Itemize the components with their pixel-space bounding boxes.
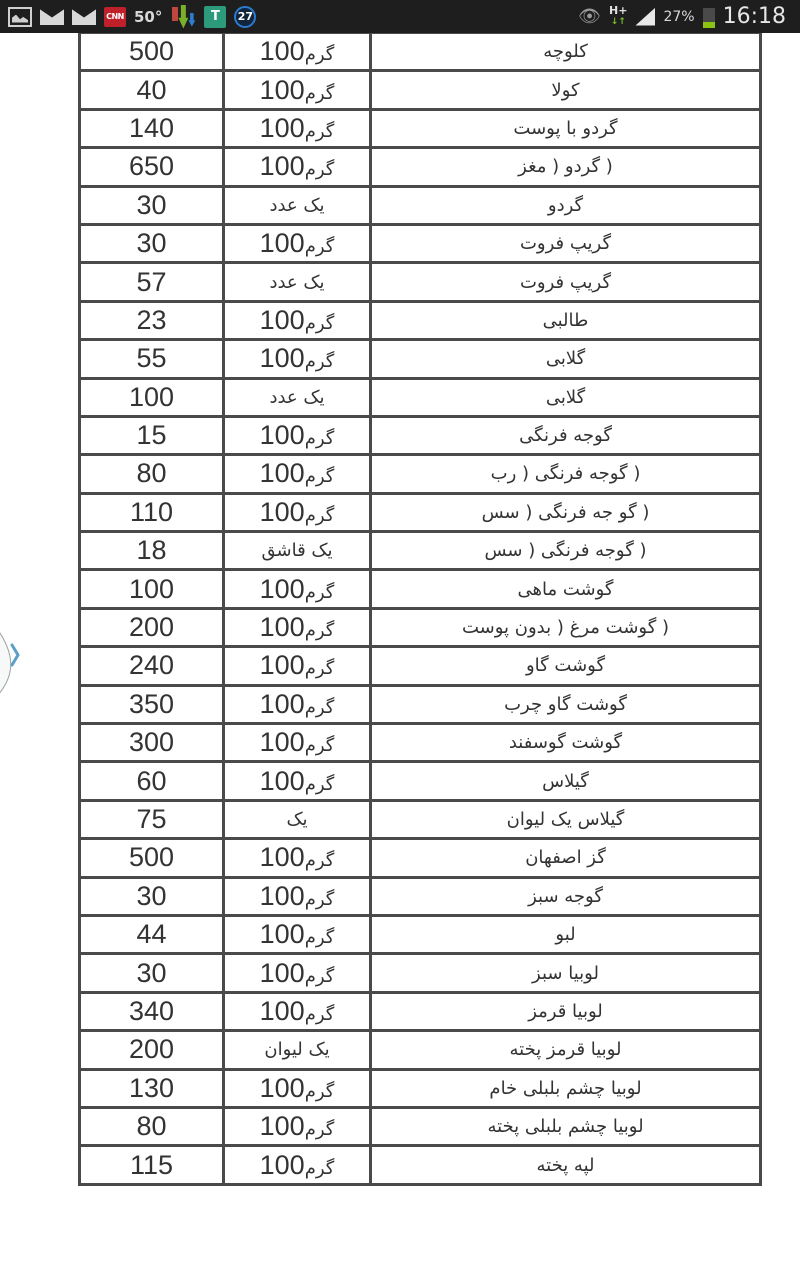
unit-cell: یک لیوان (224, 1031, 371, 1069)
unit-label: گرم (305, 1158, 335, 1179)
unit-label: یک (286, 809, 307, 830)
unit-amount: 100 (260, 305, 305, 335)
table-row: 650گرم100( گردو ( مغز (80, 148, 761, 186)
calories-cell: 200 (80, 1031, 224, 1069)
food-name-cell: گز اصفهان (371, 839, 761, 877)
calories-cell: 500 (80, 33, 224, 71)
unit-amount: 100 (260, 612, 305, 642)
unit-label: گرم (305, 966, 335, 987)
food-name-cell: گلابی (371, 340, 761, 378)
food-name-cell: لوبیا قرمز پخته (371, 1031, 761, 1069)
unit-label: گرم (305, 121, 335, 142)
gallery-icon (8, 7, 32, 27)
unit-amount: 100 (260, 151, 305, 181)
table-row: 30یک عددگردو (80, 186, 761, 224)
food-name-cell: گوشت گاو (371, 647, 761, 685)
unit-cell: گرم100 (224, 455, 371, 493)
calories-cell: 340 (80, 992, 224, 1030)
unit-label: گرم (305, 313, 335, 334)
notification-icons: CNN 50° T 27 (0, 5, 256, 29)
calories-cell: 110 (80, 493, 224, 531)
food-name-cell: گوجه فرنگی (371, 416, 761, 454)
network-type-label: H+ (609, 4, 627, 17)
calories-cell: 23 (80, 301, 224, 339)
unit-label: گرم (305, 1119, 335, 1140)
unit-label: یک عدد (269, 272, 324, 293)
table-row: 30گرم100لوبیا سبز (80, 954, 761, 992)
calorie-table: 500گرم100کلوچه40گرم100کولا140گرم100گردو … (78, 31, 762, 1186)
unit-cell: گرم100 (224, 992, 371, 1030)
calories-cell: 100 (80, 378, 224, 416)
calories-cell: 140 (80, 109, 224, 147)
unit-cell: گرم100 (224, 608, 371, 646)
unit-label: گرم (305, 428, 335, 449)
calories-cell: 30 (80, 954, 224, 992)
battery-percent: 27% (663, 9, 694, 25)
table-row: 340گرم100لوبیا قرمز (80, 992, 761, 1030)
unit-amount: 100 (260, 958, 305, 988)
unit-label: یک عدد (269, 387, 324, 408)
unit-label: گرم (305, 466, 335, 487)
food-name-cell: لوبیا چشم بلبلی خام (371, 1069, 761, 1107)
unit-amount: 100 (260, 766, 305, 796)
unit-label: گرم (305, 505, 335, 526)
unit-cell: گرم100 (224, 109, 371, 147)
unit-label: گرم (305, 582, 335, 603)
unit-label: یک عدد (269, 195, 324, 216)
table-row: 130گرم100لوبیا چشم بلبلی خام (80, 1069, 761, 1107)
unit-label: گرم (305, 927, 335, 948)
unit-cell: گرم100 (224, 33, 371, 71)
table-row: 18یک قاشق( گوجه فرنگی ( سس (80, 532, 761, 570)
unit-label: گرم (305, 159, 335, 180)
calories-cell: 44 (80, 915, 224, 953)
calories-cell: 350 (80, 685, 224, 723)
food-name-cell: ( گوجه فرنگی ( سس (371, 532, 761, 570)
unit-cell: گرم100 (224, 148, 371, 186)
table-row: 40گرم100کولا (80, 71, 761, 109)
unit-label: یک لیوان (264, 1039, 329, 1060)
network-type-icon: H+ ↓↑ (609, 6, 627, 27)
unit-label: گرم (305, 850, 335, 871)
table-row: 115گرم100لپه پخته (80, 1146, 761, 1184)
calories-cell: 60 (80, 762, 224, 800)
system-icons: 👁 H+ ↓↑ 27% 16:18 (578, 4, 800, 29)
unit-label: گرم (305, 735, 335, 756)
unit-amount: 100 (260, 343, 305, 373)
food-name-cell: ( گو جه فرنگی ( سس (371, 493, 761, 531)
food-name-cell: طالبی (371, 301, 761, 339)
calories-cell: 80 (80, 455, 224, 493)
food-name-cell: گوشت ماهی (371, 570, 761, 608)
mail-icon (40, 9, 64, 25)
table-row: 240گرم100گوشت گاو (80, 647, 761, 685)
unit-cell: گرم100 (224, 839, 371, 877)
table-row: 200گرم100( گوشت مرغ ( بدون پوست (80, 608, 761, 646)
side-handle-shape (0, 575, 32, 735)
cnn-icon: CNN (104, 7, 126, 27)
unit-cell: یک (224, 800, 371, 838)
food-name-cell: کولا (371, 71, 761, 109)
unit-label: گرم (305, 1004, 335, 1025)
food-name-cell: گریپ فروت (371, 263, 761, 301)
unit-cell: گرم100 (224, 915, 371, 953)
food-name-cell: گوشت گاو چرب (371, 685, 761, 723)
side-panel-handle[interactable] (0, 575, 32, 735)
table-row: 80گرم100لوبیا چشم بلبلی پخته (80, 1107, 761, 1145)
chevron-right-icon (12, 645, 18, 665)
table-row: 80گرم100( گوجه فرنگی ( رب (80, 455, 761, 493)
calories-cell: 500 (80, 839, 224, 877)
calories-cell: 57 (80, 263, 224, 301)
unit-label: گرم (305, 697, 335, 718)
unit-cell: گرم100 (224, 877, 371, 915)
food-name-cell: ( گردو ( مغز (371, 148, 761, 186)
calories-cell: 130 (80, 1069, 224, 1107)
mail-icon (72, 9, 96, 25)
food-name-cell: لپه پخته (371, 1146, 761, 1184)
shield-app-icon: T (204, 6, 226, 28)
food-name-cell: گوشت گوسفند (371, 724, 761, 762)
table-row: 350گرم100گوشت گاو چرب (80, 685, 761, 723)
unit-cell: گرم100 (224, 224, 371, 262)
calories-cell: 650 (80, 148, 224, 186)
food-name-cell: لوبیا چشم بلبلی پخته (371, 1107, 761, 1145)
calories-cell: 115 (80, 1146, 224, 1184)
unit-amount: 100 (260, 881, 305, 911)
unit-amount: 100 (260, 75, 305, 105)
unit-cell: گرم100 (224, 647, 371, 685)
calories-cell: 30 (80, 877, 224, 915)
unit-cell: گرم100 (224, 1146, 371, 1184)
unit-cell: گرم100 (224, 954, 371, 992)
food-name-cell: لوبیا سبز (371, 954, 761, 992)
unit-cell: یک عدد (224, 186, 371, 224)
table-row: 55گرم100گلابی (80, 340, 761, 378)
unit-amount: 100 (260, 1111, 305, 1141)
table-row: 140گرم100گردو با پوست (80, 109, 761, 147)
table-row: 44گرم100لبو (80, 915, 761, 953)
table-row: 30گرم100گوجه سبز (80, 877, 761, 915)
unit-amount: 100 (260, 996, 305, 1026)
unit-amount: 100 (260, 113, 305, 143)
notification-count-icon: 27 (234, 6, 256, 28)
unit-amount: 100 (260, 36, 305, 66)
table-row: 75یکگیلاس یک لیوان (80, 800, 761, 838)
table-row: 100گرم100گوشت ماهی (80, 570, 761, 608)
status-bar: CNN 50° T 27 👁 H+ ↓↑ 27% 16:18 (0, 0, 800, 33)
table-row: 110گرم100( گو جه فرنگی ( سس (80, 493, 761, 531)
food-name-cell: لوبیا قرمز (371, 992, 761, 1030)
signal-icon (635, 8, 655, 26)
unit-cell: گرم100 (224, 685, 371, 723)
unit-cell: گرم100 (224, 416, 371, 454)
unit-label: گرم (305, 774, 335, 795)
unit-cell: گرم100 (224, 570, 371, 608)
calories-cell: 80 (80, 1107, 224, 1145)
download-icon (170, 5, 196, 29)
food-name-cell: کلوچه (371, 33, 761, 71)
unit-label: گرم (305, 1081, 335, 1102)
table-row: 57یک عددگریپ فروت (80, 263, 761, 301)
table-row: 200یک لیوانلوبیا قرمز پخته (80, 1031, 761, 1069)
calories-cell: 75 (80, 800, 224, 838)
table-row: 500گرم100کلوچه (80, 33, 761, 71)
unit-label: گرم (305, 620, 335, 641)
unit-amount: 100 (260, 497, 305, 527)
calories-cell: 40 (80, 71, 224, 109)
table-row: 30گرم100گریپ فروت (80, 224, 761, 262)
unit-amount: 100 (260, 689, 305, 719)
unit-cell: گرم100 (224, 301, 371, 339)
unit-amount: 100 (260, 420, 305, 450)
unit-cell: گرم100 (224, 340, 371, 378)
unit-amount: 100 (260, 727, 305, 757)
table-row: 23گرم100طالبی (80, 301, 761, 339)
unit-cell: یک قاشق (224, 532, 371, 570)
unit-amount: 100 (260, 228, 305, 258)
unit-cell: گرم100 (224, 1107, 371, 1145)
unit-label: گرم (305, 351, 335, 372)
calorie-table-container: 500گرم100کلوچه40گرم100کولا140گرم100گردو … (78, 31, 762, 1186)
calories-cell: 30 (80, 224, 224, 262)
calories-cell: 18 (80, 532, 224, 570)
unit-amount: 100 (260, 574, 305, 604)
table-row: 300گرم100گوشت گوسفند (80, 724, 761, 762)
calories-cell: 300 (80, 724, 224, 762)
weather-temperature: 50° (134, 8, 162, 26)
unit-cell: گرم100 (224, 493, 371, 531)
unit-cell: گرم100 (224, 71, 371, 109)
food-name-cell: ( گوجه فرنگی ( رب (371, 455, 761, 493)
table-row: 15گرم100گوجه فرنگی (80, 416, 761, 454)
food-name-cell: گردو (371, 186, 761, 224)
table-row: 500گرم100گز اصفهان (80, 839, 761, 877)
unit-label: یک قاشق (261, 540, 332, 561)
calories-cell: 100 (80, 570, 224, 608)
unit-label: گرم (305, 658, 335, 679)
unit-amount: 100 (260, 842, 305, 872)
unit-label: گرم (305, 236, 335, 257)
calories-cell: 200 (80, 608, 224, 646)
unit-amount: 100 (260, 1073, 305, 1103)
calories-cell: 15 (80, 416, 224, 454)
unit-amount: 100 (260, 1150, 305, 1180)
data-activity-icon: ↓↑ (611, 17, 626, 27)
unit-cell: گرم100 (224, 1069, 371, 1107)
unit-label: گرم (305, 44, 335, 65)
unit-label: گرم (305, 83, 335, 104)
battery-icon (703, 6, 715, 28)
food-name-cell: گلابی (371, 378, 761, 416)
unit-amount: 100 (260, 919, 305, 949)
food-name-cell: گوجه سبز (371, 877, 761, 915)
table-row: 100یک عددگلابی (80, 378, 761, 416)
unit-amount: 100 (260, 458, 305, 488)
calories-cell: 30 (80, 186, 224, 224)
food-name-cell: گیلاس (371, 762, 761, 800)
food-name-cell: گردو با پوست (371, 109, 761, 147)
food-name-cell: ( گوشت مرغ ( بدون پوست (371, 608, 761, 646)
food-name-cell: گریپ فروت (371, 224, 761, 262)
unit-cell: یک عدد (224, 263, 371, 301)
food-name-cell: گیلاس یک لیوان (371, 800, 761, 838)
unit-cell: گرم100 (224, 762, 371, 800)
calories-cell: 240 (80, 647, 224, 685)
calories-cell: 55 (80, 340, 224, 378)
unit-amount: 100 (260, 650, 305, 680)
unit-label: گرم (305, 889, 335, 910)
unit-cell: یک عدد (224, 378, 371, 416)
unit-cell: گرم100 (224, 724, 371, 762)
food-name-cell: لبو (371, 915, 761, 953)
clock: 16:18 (723, 4, 786, 29)
eye-icon: 👁 (578, 6, 601, 27)
table-row: 60گرم100گیلاس (80, 762, 761, 800)
